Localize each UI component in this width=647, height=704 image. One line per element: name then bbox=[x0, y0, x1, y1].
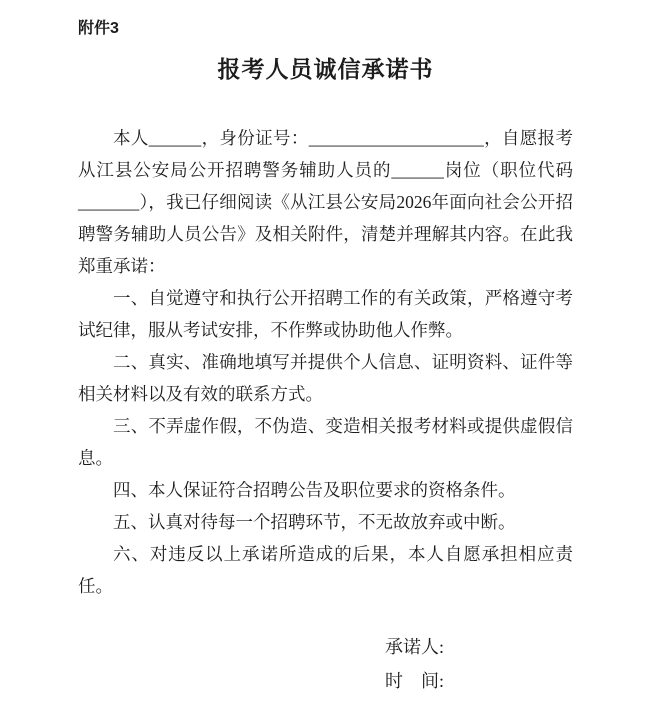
commitment-item-3: 三、不弄虚作假，不伪造、变造相关报考材料或提供虚假信息。 bbox=[78, 410, 573, 474]
document-page: 附件3 报考人员诚信承诺书 本人______，身份证号：____________… bbox=[0, 0, 647, 704]
document-title: 报考人员诚信承诺书 bbox=[78, 54, 573, 84]
commitment-item-4: 四、本人保证符合招聘公告及职位要求的资格条件。 bbox=[78, 474, 573, 506]
attachment-label: 附件3 bbox=[78, 18, 573, 40]
signer-label: 承诺人: bbox=[385, 630, 573, 664]
intro-paragraph: 本人______，身份证号：____________________，自愿报考从… bbox=[78, 122, 573, 282]
date-label: 时 间: bbox=[385, 664, 573, 698]
commitment-item-5: 五、认真对待每一个招聘环节，不无故放弃或中断。 bbox=[78, 506, 573, 538]
commitment-item-6: 六、对违反以上承诺所造成的后果，本人自愿承担相应责任。 bbox=[78, 538, 573, 602]
signature-block: 承诺人: 时 间: bbox=[78, 630, 573, 698]
document-body: 本人______，身份证号：____________________，自愿报考从… bbox=[78, 122, 573, 602]
commitment-item-1: 一、自觉遵守和执行公开招聘工作的有关政策，严格遵守考试纪律，服从考试安排，不作弊… bbox=[78, 282, 573, 346]
commitment-item-2: 二、真实、准确地填写并提供个人信息、证明资料、证件等相关材料以及有效的联系方式。 bbox=[78, 346, 573, 410]
